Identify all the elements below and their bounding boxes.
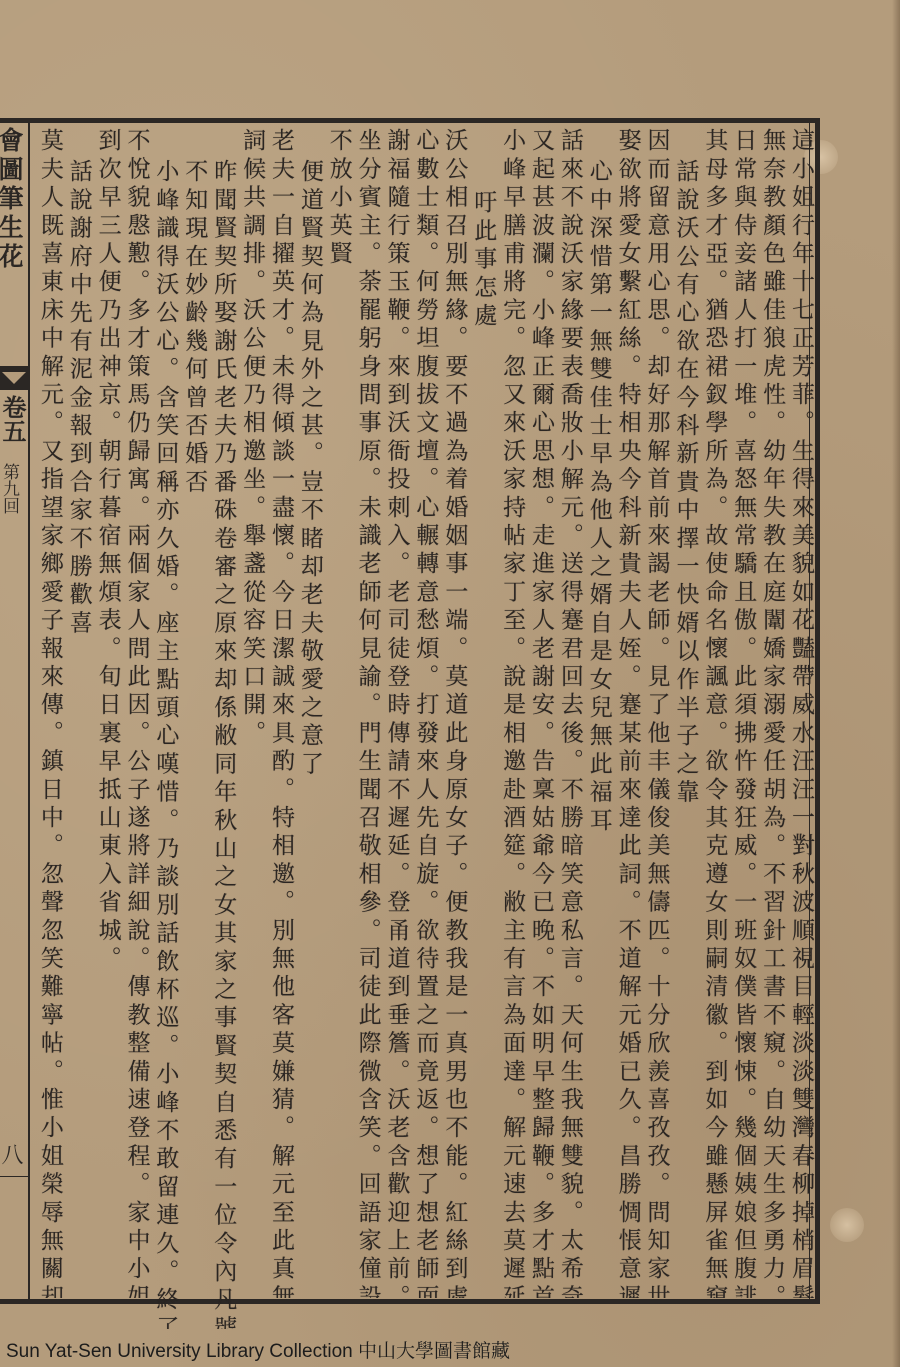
text-column: 不放小英賢 <box>324 128 353 1298</box>
text-column: 日常與侍妾諸人打一堆。喜怒無常驕且傲。此須拂忤發狂威。一班奴僕皆懷悚。幾個姨娘但… <box>728 128 757 1298</box>
text-column: 無奈教顏色雖佳狼虎性。幼年失教在庭闈嬌家溺愛任胡為。不習針工書不窺。自幼天生多勇… <box>757 128 786 1298</box>
text-column: 這小姐行年十七正芳菲。生得來美貌如花豔帶威水汪汪一對秋波順視目輕淡淡雙灣春柳掉梢… <box>786 128 815 1298</box>
text-column: 心數士類。何勞坦腹拔文壇。心輾轉意愁煩。打發來人先自旋。欲待置之而竟返。想了想老… <box>411 128 440 1298</box>
text-column: 不悅貌慇懃。多才策馬仍歸寓。兩個家人問此因。公子遂將詳細說。傳教整備速登程。家中… <box>122 128 151 1298</box>
text-column: 到次早三人便乃出神京。朝行暮宿無煩表。旬日裏早抵山東入省城。 <box>93 128 122 1298</box>
library-watermark: Sun Yat-Sen University Library Collectio… <box>6 1336 510 1363</box>
text-column: 話說沃公有心欲在今科新貴中擇一快婿以作半子之靠 <box>671 128 700 1329</box>
text-column: 詞候共調排。沃公便乃相邀坐。舉盞從容笑口開。 <box>237 128 266 1298</box>
text-column: 心中深惜第一無雙佳士早為他人之婿自是女兒無此福耳 <box>584 128 613 1329</box>
book-title: 會圖筆生花 <box>0 127 28 272</box>
text-column: 坐分賓主。荼罷躬身問事原。未識老師何見諭。門生聞召敬相參。司徒此際微含笑。回語家… <box>353 128 382 1298</box>
paper-damage-spot <box>830 1208 864 1242</box>
text-column: 因而留意用心思。却好那解首前來謁老師。見了他丰儀俊美無儔匹。十分欣羨喜孜孜。問知… <box>642 128 671 1298</box>
spine-divider <box>0 1176 30 1177</box>
text-column: 話來不說沃家緣要表喬妝小解元。送得蹇君回去後。不勝暗笑意私言。天何生我無雙貌。太… <box>555 128 584 1298</box>
book-spine-margin: 會圖筆生花 卷五 第九回 八 <box>0 123 30 1299</box>
text-column: 便道賢契何為見外之甚。豈不睹却老夫敬愛之意了 <box>295 128 324 1329</box>
text-column: 其母多才亞。猶恐裙釵學所為。故使命名懷諷意。欲令其克遵女則嗣清徽。到如今雖懸屏雀… <box>699 128 728 1298</box>
text-column: 昨聞賢契所娶謝氏老夫乃番硃卷審之原來却係敝同年秋山之女其家之事賢契自悉有一位令內… <box>208 128 237 1329</box>
text-column: 莫夫人既喜東床中解元。又指望家鄉愛子報來傳。鎮日中。忽聲忽笑難寧帖。惟小姐榮辱無… <box>35 128 64 1298</box>
chapter-label: 第九回 <box>2 463 26 514</box>
text-column: 老夫一自擢英才。未得傾談一盡懷。今日潔誠來具酌。特相邀。別無他客莫嫌猜。解元至此… <box>266 128 295 1298</box>
text-column: 吁此事怎處 <box>468 128 497 1360</box>
volume-label: 卷五 <box>0 395 28 443</box>
text-column: 謝福隨行策玉鞭。來到沃衙投刺入。老司徒登時傳請不遲延。登甬道到垂簷。沃老含歡迎上… <box>382 128 411 1298</box>
page-edge <box>892 0 900 1367</box>
text-column: 話說謝府中先有泥金報到合家不勝歡喜 <box>64 128 93 1329</box>
text-column: 小峰識得沃公心。含笑回稱亦久婚。座主點頭心嘆惜。乃談別話飲杯巡。小峰不敢留連久。… <box>151 128 180 1329</box>
text-column: 小峰早膳甫將完。忽又來沃家持帖家丁至。說是相邀赴酒筵。敝主有言為面達。解元速去莫… <box>497 128 526 1298</box>
page-number: 八 <box>2 1143 26 1165</box>
text-column: 娶欲將愛女繫紅絲。特相央今科新貴夫人姪。蹇某前來達此詞。不道解元婚已久。昌勝惆悵… <box>613 128 642 1298</box>
text-column: 又起甚波瀾。小峰正爾心思想。走進家人老謝安。告稟姑爺今已晚。不如明早整歸鞭。多才… <box>526 128 555 1298</box>
text-column: 沃公相召別無緣。要不過為着婚姻事一端。莫道此身原女子。便教我是一真男也不能。紅絲… <box>439 128 468 1298</box>
text-column: 不知現在妙齡幾何曾否婚否 <box>179 128 208 1329</box>
vertical-text-body: 這小姐行年十七正芳菲。生得來美貌如花豔帶威水汪汪一對秋波順視目輕淡淡雙灣春柳掉梢… <box>33 128 815 1298</box>
fishtail-ornament-icon <box>0 366 28 390</box>
